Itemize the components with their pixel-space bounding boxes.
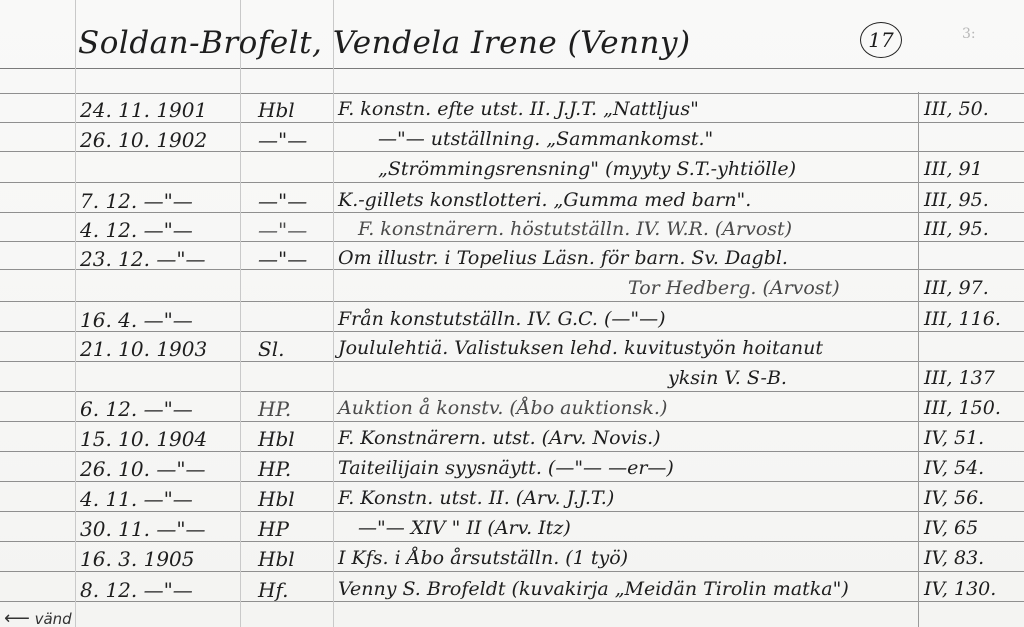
- entry-reference: III, 116.: [924, 310, 1001, 329]
- rule-line: [0, 361, 1024, 362]
- archive-index-card: Soldan-Brofelt, Vendela Irene (Venny) 17…: [0, 0, 1024, 627]
- entry-description: Från konstutställn. IV. G.C. (—"—): [338, 310, 666, 329]
- entry-date: 24. 11. 1901: [80, 100, 207, 120]
- entry-date: 4. 11. —"—: [80, 489, 193, 509]
- entry-source: —"—: [258, 220, 307, 240]
- column-divider: [918, 92, 919, 627]
- entry-reference: IV, 56.: [924, 489, 984, 508]
- entry-date: 6. 12. —"—: [80, 399, 193, 419]
- entry-reference: IV, 83.: [924, 549, 984, 568]
- entry-source: Hf.: [258, 580, 289, 600]
- entry-description: „Strömmingsrensning" (myyty S.T.-yhtiöll…: [378, 160, 796, 179]
- rule-line: [0, 541, 1024, 542]
- entry-date: 30. 11. —"—: [80, 519, 206, 539]
- rule-line: [0, 481, 1024, 482]
- entry-source: Hbl: [258, 100, 295, 120]
- entry-description: Venny S. Brofeldt (kuvakirja „Meidän Tir…: [338, 580, 849, 599]
- entry-reference: III, 95.: [924, 191, 989, 210]
- entry-description: —"— utställning. „Sammankomst.": [378, 130, 713, 149]
- entry-date: 21. 10. 1903: [80, 339, 207, 359]
- entry-reference: III, 150.: [924, 399, 1001, 418]
- corner-mark: 3:: [962, 26, 976, 42]
- entry-description: —"— XIV " II (Arv. Itz): [358, 519, 571, 538]
- entry-source: —"—: [258, 130, 307, 150]
- rule-line: [0, 68, 1024, 69]
- entry-source: HP: [258, 519, 289, 539]
- entry-source: —"—: [258, 249, 307, 269]
- entry-reference: IV, 65: [924, 519, 978, 538]
- entry-description: yksin V. S-B.: [668, 369, 787, 388]
- entry-source: Sl.: [258, 339, 284, 359]
- entry-description: I Kfs. i Åbo årsutställn. (1 työ): [338, 549, 628, 568]
- entry-description: F. konstnärern. höstutställn. IV. W.R. (…: [358, 220, 792, 239]
- entry-description: Auktion å konstv. (Åbo auktionsk.): [338, 399, 667, 418]
- entry-reference: IV, 51.: [924, 429, 984, 448]
- entry-reference: III, 137: [924, 369, 995, 388]
- entry-reference: IV, 54.: [924, 459, 984, 478]
- rule-line: [0, 122, 1024, 123]
- card-title: Soldan-Brofelt, Vendela Irene (Venny): [78, 28, 691, 59]
- entry-source: —"—: [258, 191, 307, 211]
- entry-date: 4. 12. —"—: [80, 220, 193, 240]
- rule-line: [0, 571, 1024, 572]
- turn-over-indicator: ⟵ vänd: [4, 608, 72, 627]
- entry-date: 26. 10. 1902: [80, 130, 207, 150]
- rule-line: [0, 301, 1024, 302]
- turn-over-label: vänd: [35, 610, 72, 627]
- entry-description: Tor Hedberg. (Arvost): [628, 279, 840, 298]
- entry-reference: III, 50.: [924, 100, 989, 119]
- column-divider: [333, 0, 334, 627]
- entry-description: F. Konstn. utst. II. (Arv. J.J.T.): [338, 489, 614, 508]
- rule-line: [0, 451, 1024, 452]
- entry-source: Hbl: [258, 489, 295, 509]
- entry-description: Om illustr. i Topelius Läsn. för barn. S…: [338, 249, 788, 268]
- entry-date: 7. 12. —"—: [80, 191, 193, 211]
- entry-date: 16. 4. —"—: [80, 310, 193, 330]
- entry-date: 23. 12. —"—: [80, 249, 206, 269]
- arrow-left-icon: ⟵: [4, 608, 30, 627]
- entry-date: 15. 10. 1904: [80, 429, 207, 449]
- entry-source: Hbl: [258, 549, 295, 569]
- rule-line: [0, 391, 1024, 392]
- rule-line: [0, 511, 1024, 512]
- rule-line: [0, 182, 1024, 183]
- entry-date: 26. 10. —"—: [80, 459, 206, 479]
- entry-reference: IV, 130.: [924, 580, 996, 599]
- card-number-badge: 17: [860, 22, 902, 58]
- entry-description: F. Konstnärern. utst. (Arv. Novis.): [338, 429, 661, 448]
- entry-description: Taiteilijain syysnäytt. (—"— —er—): [338, 459, 674, 478]
- rule-line: [0, 93, 1024, 94]
- column-divider: [240, 0, 241, 627]
- entry-source: Hbl: [258, 429, 295, 449]
- entry-reference: III, 91: [924, 160, 983, 179]
- entry-date: 8. 12. —"—: [80, 580, 193, 600]
- entry-reference: III, 95.: [924, 220, 989, 239]
- entry-date: 16. 3. 1905: [80, 549, 195, 569]
- entry-description: K.-gillets konstlotteri. „Gumma med barn…: [338, 191, 751, 210]
- entry-description: Joululehtiä. Valistuksen lehd. kuvitusty…: [338, 339, 823, 358]
- entry-source: HP.: [258, 399, 291, 419]
- column-divider: [75, 0, 76, 627]
- rule-line: [0, 421, 1024, 422]
- entry-source: HP.: [258, 459, 291, 479]
- entry-reference: III, 97.: [924, 279, 989, 298]
- entry-description: F. konstn. efte utst. II. J.J.T. „Nattlj…: [338, 100, 699, 119]
